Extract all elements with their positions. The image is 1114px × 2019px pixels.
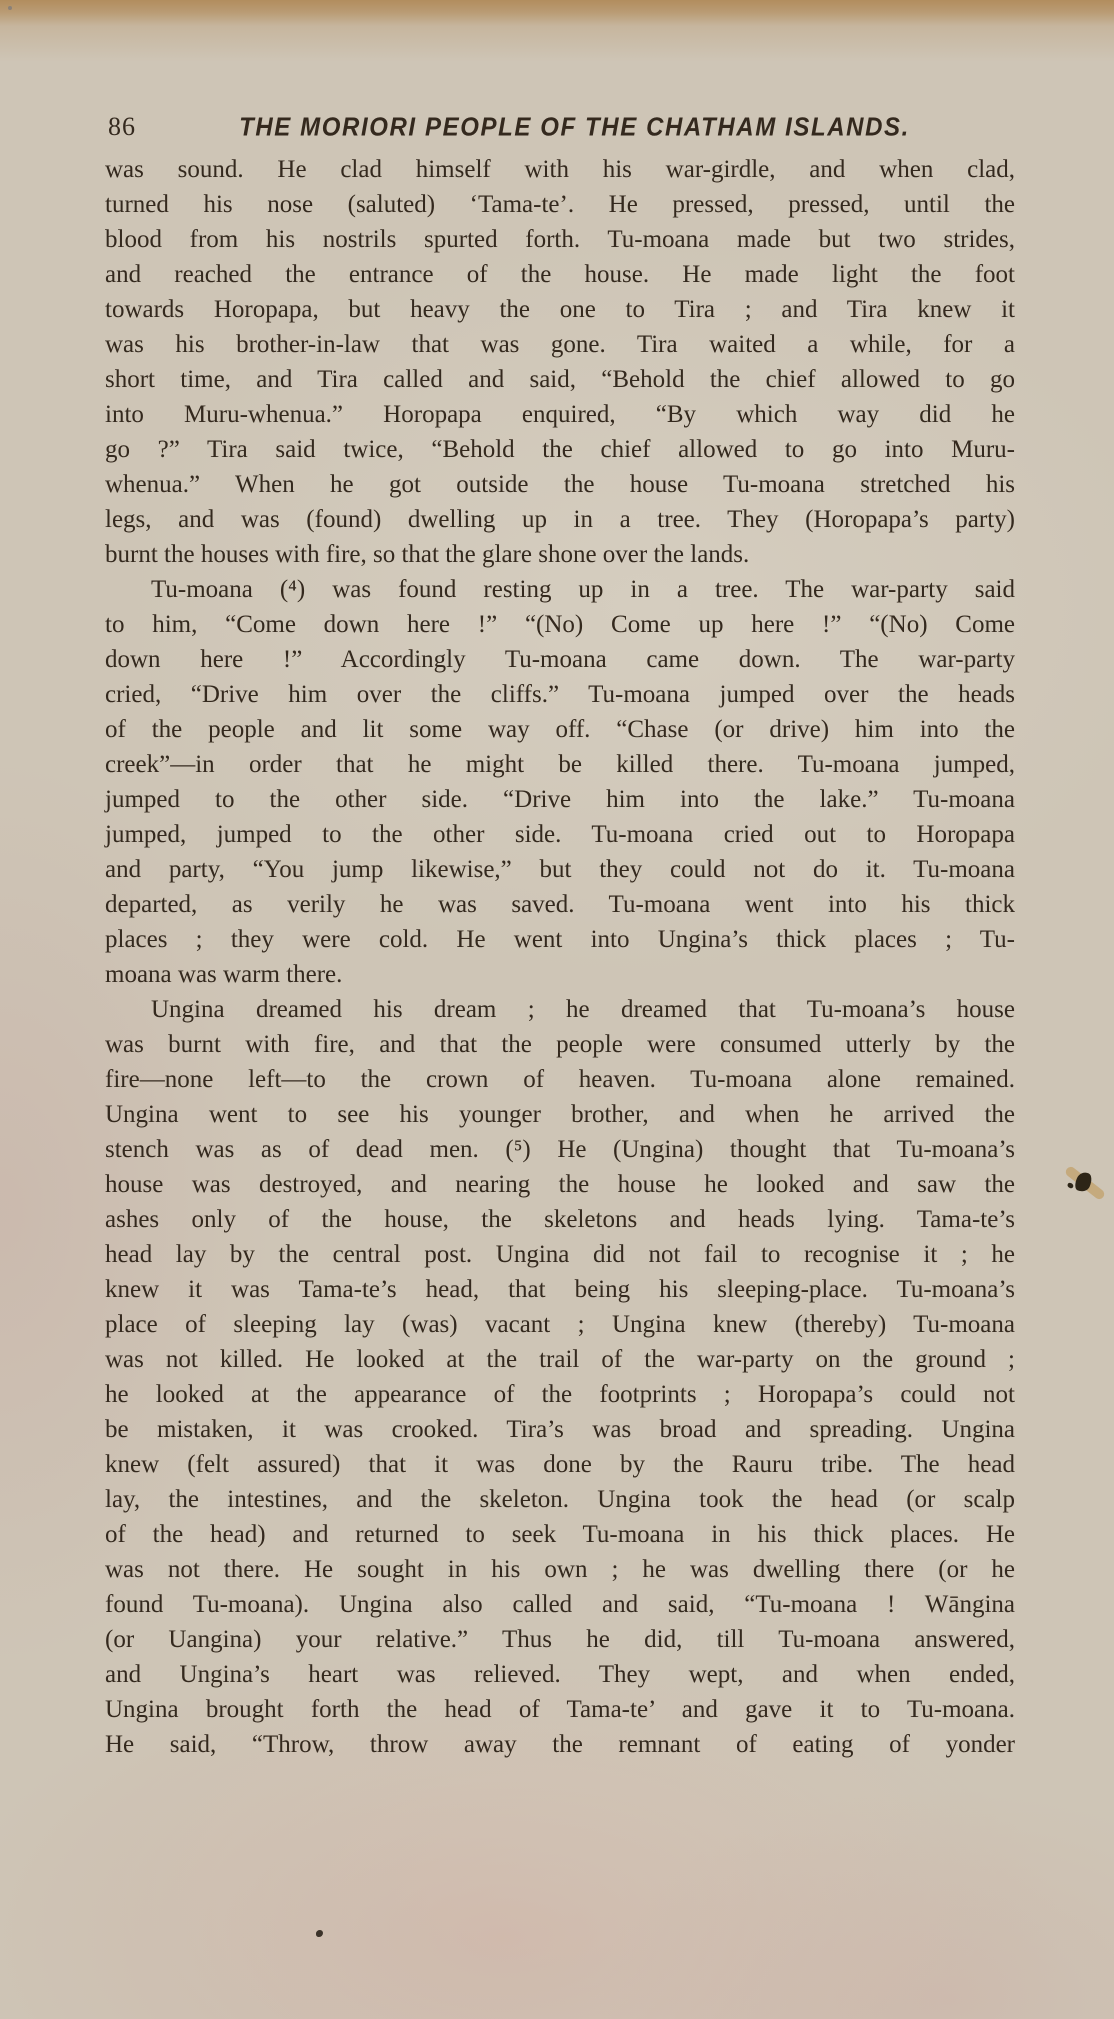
text-line: was sound. He clad himself with his war-… — [105, 152, 1015, 187]
text-line: places ; they were cold. He went into Un… — [105, 922, 1015, 957]
text-line: be mistaken, it was crooked. Tira’s was … — [105, 1412, 1015, 1447]
text-line: He said, “Throw, throw away the remnant … — [105, 1727, 1015, 1762]
ink-speck-topleft — [8, 6, 12, 10]
paragraph: Ungina dreamed his dream ; he dreamed th… — [105, 992, 1015, 1762]
text-line: lay, the intestines, and the skeleton. U… — [105, 1482, 1015, 1517]
text-line: stench was as of dead men. (⁵) He (Ungin… — [105, 1132, 1015, 1167]
text-line: head lay by the central post. Ungina did… — [105, 1237, 1015, 1272]
text-line: jumped, jumped to the other side. Tu-moa… — [105, 817, 1015, 852]
text-line: he looked at the appearance of the footp… — [105, 1377, 1015, 1412]
text-line: fire—none left—to the crown of heaven. T… — [105, 1062, 1015, 1097]
text-line: ashes only of the house, the skeletons a… — [105, 1202, 1015, 1237]
text-line: Ungina dreamed his dream ; he dreamed th… — [105, 992, 1015, 1027]
text-line: Ungina brought forth the head of Tama-te… — [105, 1692, 1015, 1727]
running-title: THE MORIORI PEOPLE OF THE CHATHAM ISLAND… — [136, 113, 1013, 143]
text-line: of the head) and returned to seek Tu-moa… — [105, 1517, 1015, 1552]
text-block: was sound. He clad himself with his war-… — [105, 152, 1015, 1762]
text-line: house was destroyed, and nearing the hou… — [105, 1167, 1015, 1202]
text-line: go ?” Tira said twice, “Behold the chief… — [105, 432, 1015, 467]
text-line: jumped to the other side. “Drive him int… — [105, 782, 1015, 817]
text-line: and party, “You jump likewise,” but they… — [105, 852, 1015, 887]
text-line: found Tu-moana). Ungina also called and … — [105, 1587, 1015, 1622]
text-line: short time, and Tira called and said, “B… — [105, 362, 1015, 397]
page-number: 86 — [108, 112, 136, 142]
text-line: turned his nose (saluted) ‘Tama-te’. He … — [105, 187, 1015, 222]
text-line: whenua.” When he got outside the house T… — [105, 467, 1015, 502]
text-line: (or Uangina) your relative.” Thus he did… — [105, 1622, 1015, 1657]
text-line: legs, and was (found) dwelling up in a t… — [105, 502, 1015, 537]
text-line: place of sleeping lay (was) vacant ; Ung… — [105, 1307, 1015, 1342]
text-line: was his brother-in-law that was gone. Ti… — [105, 327, 1015, 362]
paragraph: was sound. He clad himself with his war-… — [105, 152, 1015, 572]
text-line: blood from his nostrils spurted forth. T… — [105, 222, 1015, 257]
text-line: departed, as verily he was saved. Tu-moa… — [105, 887, 1015, 922]
text-line: was not killed. He looked at the trail o… — [105, 1342, 1015, 1377]
text-line: creek”—in order that he might be killed … — [105, 747, 1015, 782]
text-line: towards Horopapa, but heavy the one to T… — [105, 292, 1015, 327]
text-line: cried, “Drive him over the cliffs.” Tu-m… — [105, 677, 1015, 712]
text-line: was burnt with fire, and that the people… — [105, 1027, 1015, 1062]
text-line: knew (felt assured) that it was done by … — [105, 1447, 1015, 1482]
paragraph: Tu-moana (⁴) was found resting up in a t… — [105, 572, 1015, 992]
text-line: into Muru-whenua.” Horopapa enquired, “B… — [105, 397, 1015, 432]
text-line: was not there. He sought in his own ; he… — [105, 1552, 1015, 1587]
text-line: of the people and lit some way off. “Cha… — [105, 712, 1015, 747]
text-line: Tu-moana (⁴) was found resting up in a t… — [105, 572, 1015, 607]
page-header: 86 THE MORIORI PEOPLE OF THE CHATHAM ISL… — [108, 112, 1013, 142]
text-line: moana was warm there. — [105, 957, 1015, 992]
text-line: and reached the entrance of the house. H… — [105, 257, 1015, 292]
text-line: to him, “Come down here !” “(No) Come up… — [105, 607, 1015, 642]
text-line: burnt the houses with fire, so that the … — [105, 537, 1015, 572]
text-line: and Ungina’s heart was relieved. They we… — [105, 1657, 1015, 1692]
text-line: Ungina went to see his younger brother, … — [105, 1097, 1015, 1132]
text-line: down here !” Accordingly Tu-moana came d… — [105, 642, 1015, 677]
text-line: knew it was Tama-te’s head, that being h… — [105, 1272, 1015, 1307]
